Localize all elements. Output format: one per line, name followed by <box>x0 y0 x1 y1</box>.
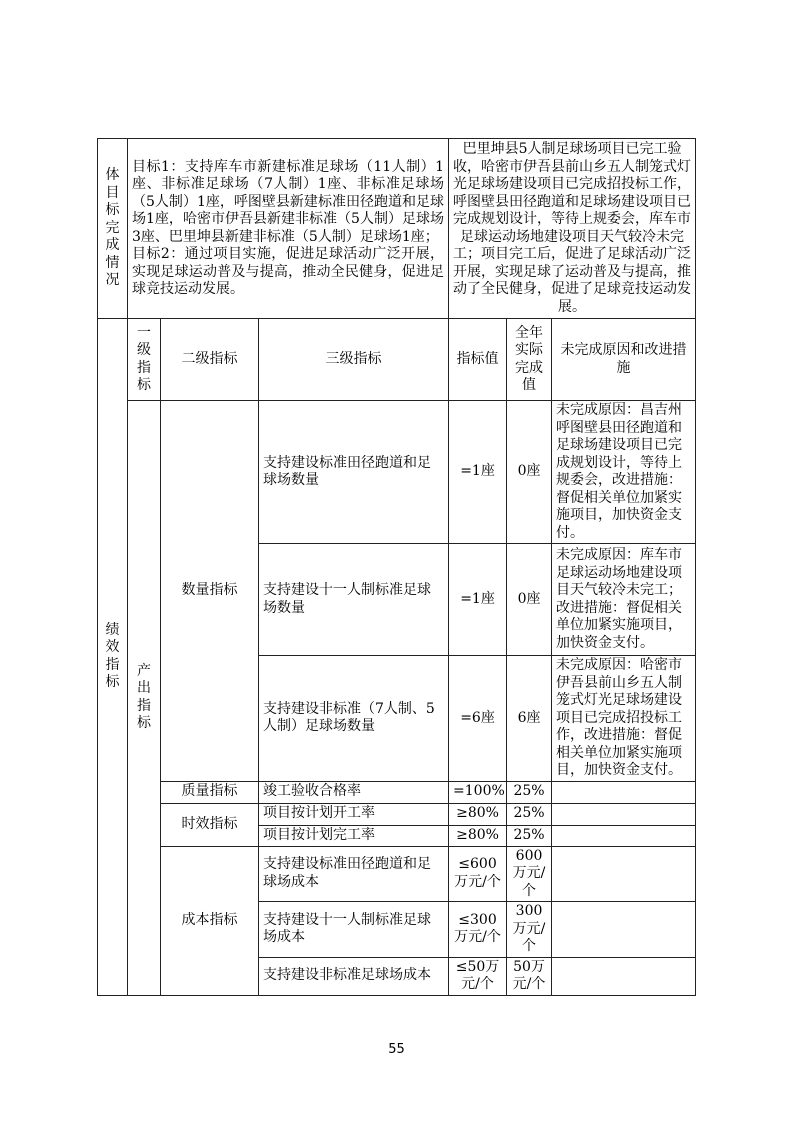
quantity-indicator-label: 数量指标 <box>161 401 259 782</box>
overall-goal-row: 体目标完成情况 目标1：支持库车市新建标准足球场（11人制）1座、非标准足球场（… <box>98 139 696 319</box>
reason-cell: 未完成原因：哈密市伊吾县前山乡五人制笼式灯光足球场建设项目已完成招投标工作，改进… <box>552 656 696 782</box>
target-value-cell: ≤50万元/个 <box>449 957 507 995</box>
output-indicator-label: 产出指标 <box>128 401 161 996</box>
target-value-cell: ≥80% <box>449 803 507 825</box>
actual-value-cell: 25% <box>507 781 552 803</box>
actual-value-cell: 25% <box>507 803 552 825</box>
tertiary-indicator-cell: 支持建设十一人制标准足球场成本 <box>259 902 449 958</box>
quality-indicator-label: 质量指标 <box>161 781 259 803</box>
indicator-header-row: 绩效指标 一级指标 二级指标 三级指标 指标值 全年实际完成值 未完成原因和改进… <box>98 319 696 401</box>
table-row: 产出指标 数量指标 支持建设标准田径跑道和足球场数量 =1座 0座 未完成原因：… <box>98 401 696 544</box>
goal-2-text: 目标2：通过项目实施，促进足球活动广泛开展，实现足球运动普及与提高，推动全民健身… <box>132 246 444 299</box>
tertiary-indicator-cell: 竣工验收合格率 <box>259 781 449 803</box>
actual-value-cell: 50万元/个 <box>507 957 552 995</box>
actual-value-cell: 6座 <box>507 656 552 782</box>
overall-goal-row-label: 体目标完成情况 <box>98 139 128 319</box>
header-level2: 二级指标 <box>161 319 259 401</box>
target-value-cell: ≤300万元/个 <box>449 902 507 958</box>
tertiary-indicator-cell: 支持建设非标准（7人制、5人制）足球场数量 <box>259 656 449 782</box>
reason-cell <box>552 825 696 846</box>
tertiary-indicator-cell: 支持建设标准田径跑道和足球场成本 <box>259 846 449 902</box>
tertiary-indicator-cell: 项目按计划开工率 <box>259 803 449 825</box>
reason-cell <box>552 846 696 902</box>
reason-cell: 未完成原因：库车市足球运动场地建设项目天气较冷未完工；改进措施：督促相关单位加紧… <box>552 544 696 656</box>
header-level1: 一级指标 <box>128 319 161 401</box>
goal-text-cell: 目标1：支持库车市新建标准足球场（11人制）1座、非标准足球场（7人制）1座、非… <box>128 139 449 319</box>
performance-report-table: 体目标完成情况 目标1：支持库车市新建标准足球场（11人制）1座、非标准足球场（… <box>97 138 696 996</box>
reason-cell <box>552 902 696 958</box>
header-actual-value: 全年实际完成值 <box>507 319 552 401</box>
header-level3: 三级指标 <box>259 319 449 401</box>
reason-cell: 未完成原因：昌吉州呼图壁县田径跑道和足球场建设项目已完成规划设计，等待上规委会，… <box>552 401 696 544</box>
timeliness-indicator-label: 时效指标 <box>161 803 259 846</box>
table-row: 质量指标 竣工验收合格率 =100% 25% <box>98 781 696 803</box>
actual-value-cell: 600万元/个 <box>507 846 552 902</box>
tertiary-indicator-cell: 项目按计划完工率 <box>259 825 449 846</box>
reason-cell <box>552 957 696 995</box>
tertiary-indicator-cell: 支持建设标准田径跑道和足球场数量 <box>259 401 449 544</box>
target-value-cell: =1座 <box>449 544 507 656</box>
completion-status-cell: 巴里坤县5人制足球场项目已完工验收，哈密市伊吾县前山乡五人制笼式灯光足球场建设项… <box>449 139 696 319</box>
header-target-value: 指标值 <box>449 319 507 401</box>
tertiary-indicator-cell: 支持建设十一人制标准足球场数量 <box>259 544 449 656</box>
actual-value-cell: 25% <box>507 825 552 846</box>
target-value-cell: =6座 <box>449 656 507 782</box>
target-value-cell: ≥80% <box>449 825 507 846</box>
target-value-cell: =100% <box>449 781 507 803</box>
header-reason: 未完成原因和改进措施 <box>552 319 696 401</box>
cost-indicator-label: 成本指标 <box>161 846 259 995</box>
goal-1-text: 目标1：支持库车市新建标准足球场（11人制）1座、非标准足球场（7人制）1座、非… <box>132 159 444 247</box>
actual-value-cell: 300万元/个 <box>507 902 552 958</box>
tertiary-indicator-cell: 支持建设非标准足球场成本 <box>259 957 449 995</box>
target-value-cell: ≤600万元/个 <box>449 846 507 902</box>
actual-value-cell: 0座 <box>507 544 552 656</box>
table-row: 成本指标 支持建设标准田径跑道和足球场成本 ≤600万元/个 600万元/个 <box>98 846 696 902</box>
document-page: 体目标完成情况 目标1：支持库车市新建标准足球场（11人制）1座、非标准足球场（… <box>0 0 793 1122</box>
page-number: 55 <box>0 1042 793 1057</box>
actual-value-cell: 0座 <box>507 401 552 544</box>
reason-cell <box>552 803 696 825</box>
target-value-cell: =1座 <box>449 401 507 544</box>
performance-indicator-group-label: 绩效指标 <box>98 319 128 996</box>
table-row: 时效指标 项目按计划开工率 ≥80% 25% <box>98 803 696 825</box>
reason-cell <box>552 781 696 803</box>
